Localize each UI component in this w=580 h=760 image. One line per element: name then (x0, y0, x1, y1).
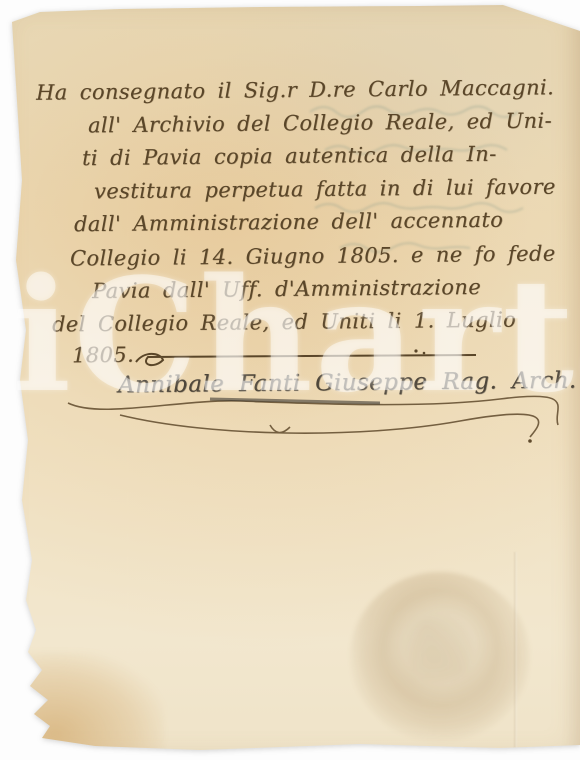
manuscript-line: Ha consegnato il Sig.r D.re Carlo Maccag… (36, 75, 554, 104)
fold-crease (514, 552, 517, 748)
ink-spots (6, 306, 10, 310)
manuscript-line: dall' Amministrazione dell' accennato (74, 208, 504, 236)
manuscript-line: all' Archivio del Collegio Reale, ed Uni… (88, 109, 552, 138)
manuscript-line: vestitura perpetua fatta in di lui favor… (94, 175, 556, 204)
manuscript-line: ti di Pavia copia autentica della In- (82, 142, 497, 170)
icharta-watermark: iCharta (12, 258, 580, 414)
photo-background: Ha consegnato il Sig.r D.re Carlo Maccag… (0, 0, 580, 760)
seal-bleedthrough-stain (350, 572, 530, 742)
corner-discoloration (24, 652, 164, 757)
